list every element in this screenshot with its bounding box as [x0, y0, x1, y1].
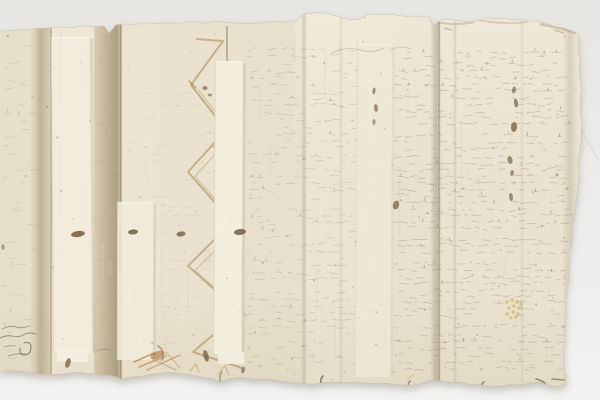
strip-end-tab — [57, 349, 88, 362]
manuscript-photograph — [0, 0, 600, 400]
repair-strip-4 — [355, 44, 395, 377]
repair-strip-2 — [117, 202, 156, 360]
repair-strip-3 — [213, 61, 246, 354]
repair-strip-1 — [51, 37, 95, 353]
strip-end-tab — [218, 352, 244, 364]
manuscript-document — [0, 0, 600, 400]
manuscript-photo-svg — [0, 0, 600, 400]
photo-canvas — [0, 0, 600, 400]
